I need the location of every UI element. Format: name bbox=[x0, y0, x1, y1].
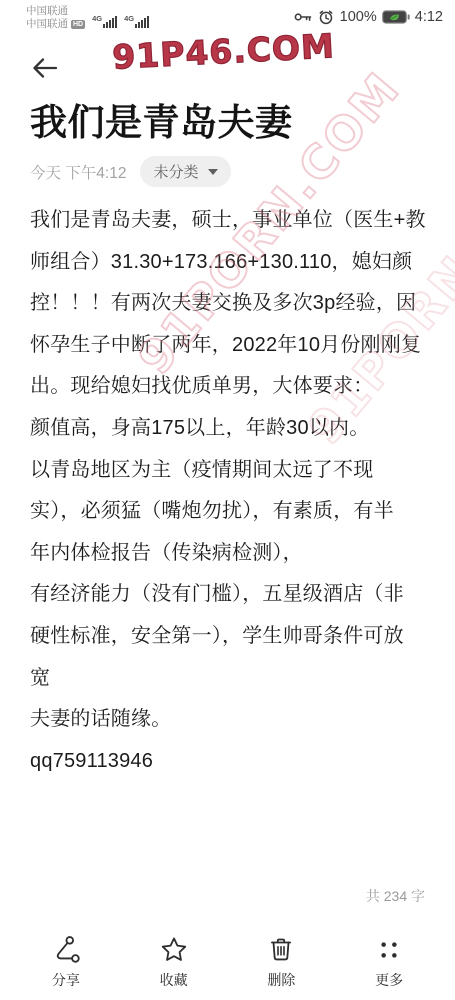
toolbar-item-share[interactable]: 分享 bbox=[12, 931, 120, 992]
network-type-label-sim2: 4G bbox=[124, 14, 134, 23]
note-line[interactable]: 年内体检报告（传染病检测）， bbox=[30, 533, 455, 575]
signal-strength-icon-sim1: 4G bbox=[92, 16, 118, 28]
note-line[interactable]: 以青岛地区为主（疫情期间太远了不现 bbox=[30, 450, 455, 492]
note-line[interactable]: 实），必须猛（嘴炮勿扰），有素质，有半 bbox=[30, 491, 455, 533]
category-label: 未分类 bbox=[153, 161, 198, 182]
share-icon bbox=[51, 935, 81, 965]
note-line[interactable]: qq759113946 bbox=[30, 741, 455, 783]
toolbar-label-favorite: 收藏 bbox=[160, 970, 188, 990]
alarm-clock-icon bbox=[318, 9, 334, 25]
battery-percentage: 100% bbox=[340, 9, 377, 25]
word-count: 共 234 字 bbox=[366, 886, 425, 906]
key-icon bbox=[294, 11, 313, 23]
signal-bars-icon bbox=[103, 16, 118, 28]
note-line[interactable]: 硬性标准，安全第一），学生帅哥条件可放 bbox=[30, 616, 455, 658]
note-line[interactable]: 怀孕生子中断了两年，2022年10月份刚刚复 bbox=[30, 325, 455, 367]
note-line[interactable]: 师组合）31.30+173.166+130.110，媳妇颜 bbox=[30, 242, 455, 284]
toolbar-label-share: 分享 bbox=[52, 970, 80, 990]
note-meta-row: 今天 下午4:12 未分类 bbox=[30, 156, 231, 187]
back-button[interactable] bbox=[26, 52, 62, 84]
battery-eco-icon bbox=[382, 10, 410, 24]
carrier-name-sim1: 中国联通 bbox=[26, 5, 85, 18]
carrier-name-sim2: 中国联通 bbox=[26, 18, 68, 31]
status-bar-right: 100% 4:12 bbox=[294, 5, 443, 25]
note-line[interactable]: 宽 bbox=[30, 658, 455, 700]
network-type-label-sim1: 4G bbox=[92, 14, 102, 23]
clock-time: 4:12 bbox=[415, 9, 443, 25]
toolbar-item-delete[interactable]: 删除 bbox=[228, 931, 336, 992]
signal-indicators: 4G 4G bbox=[92, 16, 150, 31]
toolbar-label-more: 更多 bbox=[375, 970, 403, 990]
status-bar-left: 中国联通 中国联通 HD 4G 4G bbox=[26, 5, 150, 31]
carrier-block: 中国联通 中国联通 HD bbox=[26, 5, 85, 31]
note-line[interactable]: 颜值高，身高175以上，年龄30以内。 bbox=[30, 408, 455, 450]
note-line[interactable]: 我们是青岛夫妻，硕士，事业单位（医生+教 bbox=[30, 200, 455, 242]
star-icon bbox=[159, 935, 189, 965]
bottom-toolbar: 分享 收藏 删除 更多 bbox=[12, 931, 443, 992]
note-title[interactable]: 我们是青岛夫妻 bbox=[30, 92, 395, 146]
toolbar-label-delete: 删除 bbox=[267, 970, 295, 990]
toolbar-item-favorite[interactable]: 收藏 bbox=[120, 931, 228, 992]
note-body[interactable]: 我们是青岛夫妻，硕士，事业单位（医生+教 师组合）31.30+173.166+1… bbox=[30, 200, 455, 782]
notes-app-screen: 中国联通 中国联通 HD 4G 4G bbox=[0, 0, 455, 1000]
hd-badge: HD bbox=[71, 20, 85, 29]
more-dots-icon bbox=[374, 935, 404, 965]
trash-icon bbox=[266, 935, 296, 965]
note-date: 今天 下午4:12 bbox=[30, 161, 126, 183]
note-line[interactable]: 有经济能力（没有门槛），五星级酒店（非 bbox=[30, 574, 455, 616]
toolbar-item-more[interactable]: 更多 bbox=[335, 931, 443, 992]
signal-bars-icon bbox=[135, 16, 150, 28]
signal-strength-icon-sim2: 4G bbox=[124, 16, 150, 28]
back-arrow-icon bbox=[29, 55, 59, 81]
chevron-down-icon bbox=[208, 169, 218, 175]
category-badge[interactable]: 未分类 bbox=[140, 156, 230, 187]
note-line[interactable]: 出。现给媳妇找优质单男，大体要求： bbox=[30, 366, 455, 408]
note-line[interactable]: 夫妻的话随缘。 bbox=[30, 699, 455, 741]
note-line[interactable]: 控！！！有两次夫妻交换及多次3p经验，因 bbox=[30, 283, 455, 325]
